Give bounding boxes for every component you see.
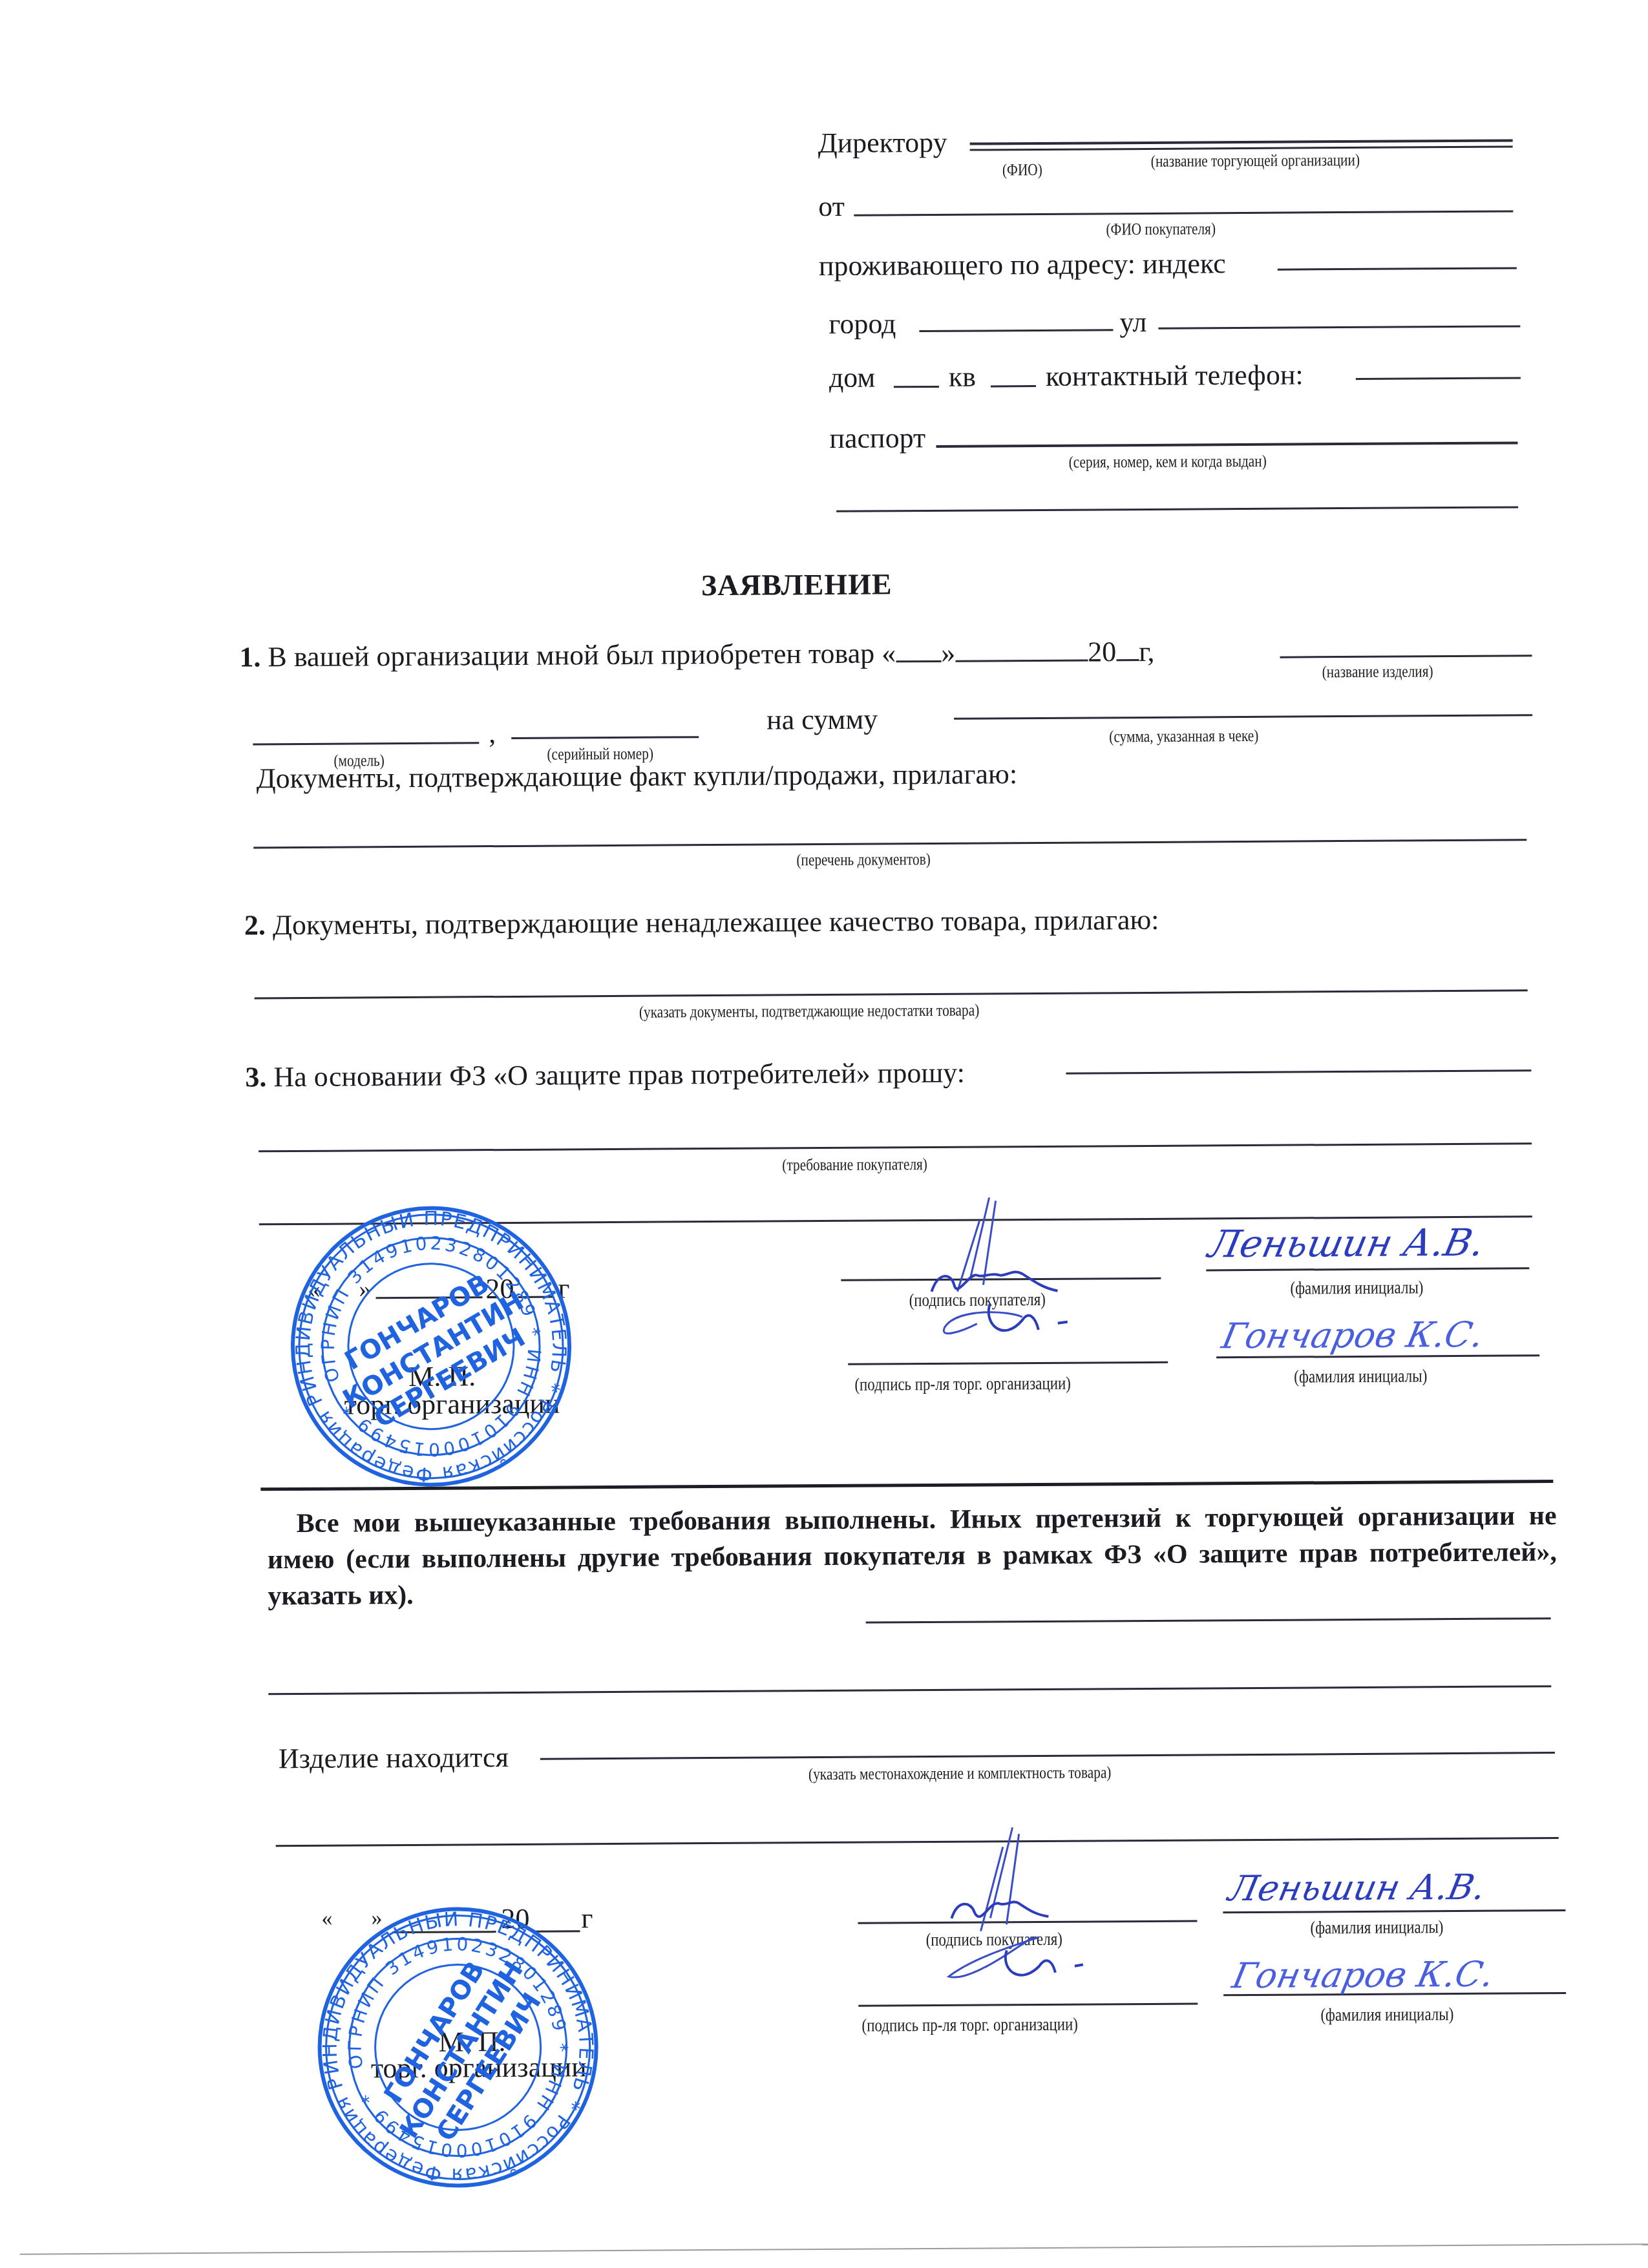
buyer-name-field-2[interactable] — [1223, 1909, 1565, 1913]
item-location-field[interactable] — [540, 1752, 1555, 1760]
caption-quality-docs: (указать документы, подтветджающие недос… — [639, 1002, 980, 1021]
director-field[interactable] — [970, 139, 1513, 145]
section3-text: 3. На основании ФЗ «О защите прав потреб… — [245, 1059, 965, 1092]
from-label: от — [818, 193, 845, 221]
caption-sum: (сумма, указанная в чеке) — [1109, 728, 1258, 745]
apartment-label: кв — [949, 363, 976, 392]
caption-director-fio: (ФИО) — [1002, 162, 1042, 178]
caption-seller-name-2: (фамилия инициалы) — [1320, 2006, 1453, 2024]
quality-docs-field[interactable] — [255, 989, 1528, 999]
caption-passport: (серия, номер, кем и когда выдан) — [1069, 453, 1267, 471]
other-requirements-field[interactable] — [866, 1617, 1551, 1623]
house-label: дом — [829, 363, 876, 392]
passport-label: паспорт — [829, 424, 925, 453]
section3-sentence: На основании ФЗ «О защите прав потребите… — [273, 1057, 965, 1093]
section1-text: 1. В вашей организации мной был приобрет… — [239, 638, 1154, 672]
caption-seller-name-1: (фамилия инициалы) — [1294, 1367, 1427, 1386]
buyer-name-field-1[interactable] — [1206, 1267, 1529, 1271]
buyer-name-handwritten-1: Леньшин А.В. — [1205, 1221, 1488, 1266]
section2-text: 2. Документы, подтверждающие ненадлежаще… — [244, 906, 1159, 940]
year-suffix: г, — [1139, 636, 1154, 667]
buyer-fio-field[interactable] — [854, 210, 1513, 216]
quote-close: » — [941, 637, 955, 669]
director-field-second-line — [970, 145, 1513, 151]
caption-buyer-name-1: (фамилия инициалы) — [1290, 1279, 1423, 1297]
purchase-month-field[interactable] — [955, 659, 1088, 662]
purchase-year-field[interactable] — [1116, 659, 1139, 661]
serial-number-field[interactable] — [511, 736, 699, 739]
street-field[interactable] — [1158, 325, 1520, 329]
section2-sentence: Документы, подтверждающие ненадлежащее к… — [273, 904, 1159, 941]
scan-edge-line — [20, 2243, 1648, 2254]
product-name-field[interactable] — [1280, 655, 1532, 658]
address-label: проживающего по адресу: индекс — [819, 249, 1226, 280]
caption-org-name: (название торгующей организации) — [1151, 152, 1360, 170]
city-field[interactable] — [919, 329, 1113, 332]
sum-field[interactable] — [954, 714, 1532, 719]
seller-name-handwritten-1: Гончаров К.С. — [1218, 1314, 1487, 1357]
caption-seller-signature-1: (подпись пр-ля торг. организации) — [854, 1375, 1071, 1394]
apartment-field[interactable] — [991, 385, 1036, 387]
caption-request: (требование покупателя) — [782, 1156, 927, 1173]
purchase-docs-field[interactable] — [253, 839, 1527, 848]
company-stamp-2: ИНДИВИДУАЛЬНЫЙ ПРЕДПРИНИМАТЕЛЬ * Российс… — [315, 1904, 601, 2190]
caption-seller-signature-2: (подпись пр-ля торг. организации) — [861, 2016, 1078, 2035]
section1-sentence: В вашей организации мной был приобретен … — [268, 637, 896, 673]
street-label: ул — [1119, 308, 1146, 337]
caption-docs-list: (перечень документов) — [796, 851, 931, 868]
phone-field[interactable] — [1356, 377, 1521, 380]
sum-label: на сумму — [766, 705, 878, 734]
comma: , — [489, 719, 496, 748]
purchase-day-field[interactable] — [896, 660, 941, 662]
model-field[interactable] — [253, 742, 479, 745]
company-stamp-1: ИНДИВИДУАЛЬНЫЙ ПРЕДПРИНИМАТЕЛЬ * Российс… — [288, 1203, 575, 1489]
item-location-label: Изделие находится — [279, 1743, 509, 1773]
document-title: ЗАЯВЛЕНИЕ — [701, 569, 893, 600]
buyer-name-handwritten-2: Леньшин А.В. — [1225, 1867, 1490, 1909]
phone-label: контактный телефон: — [1046, 361, 1304, 390]
year-prefix: 20 — [1088, 636, 1116, 667]
application-form-page: Директору (ФИО) (название торгующей орга… — [0, 0, 1648, 2268]
passport-field[interactable] — [936, 441, 1517, 447]
city-label: город — [829, 310, 896, 339]
section3-number: 3. — [245, 1061, 266, 1093]
section2-number: 2. — [244, 909, 266, 941]
caption-buyer-name-2: (фамилия инициалы) — [1310, 1918, 1443, 1937]
passport-field-continued[interactable] — [836, 506, 1518, 512]
section1-number: 1. — [239, 641, 260, 673]
request-field[interactable] — [1066, 1069, 1531, 1074]
postal-index-field[interactable] — [1278, 267, 1517, 270]
buyer-signature-scribble-2 — [909, 1820, 1117, 2002]
house-field[interactable] — [894, 386, 939, 388]
caption-item-location: (указать местонахождение и комплектность… — [808, 1764, 1112, 1783]
completion-text: Все мои вышеуказанные требования выполне… — [268, 1501, 1557, 1611]
caption-buyer-fio: (ФИО покупателя) — [1106, 220, 1216, 238]
director-label: Директору — [818, 129, 947, 158]
caption-product-name: (название изделия) — [1322, 663, 1433, 680]
purchase-docs-text: Документы, подтверждающие факт купли/про… — [256, 760, 1017, 793]
other-requirements-field-continued[interactable] — [268, 1685, 1551, 1695]
buyer-signature-scribble-1 — [893, 1193, 1101, 1363]
seller-signature-field-2[interactable] — [858, 2002, 1198, 2006]
request-field-continued[interactable] — [259, 1142, 1532, 1152]
seller-name-handwritten-2: Гончаров К.С. — [1229, 1954, 1497, 1997]
completion-paragraph: Все мои вышеуказанные требования выполне… — [267, 1498, 1557, 1614]
